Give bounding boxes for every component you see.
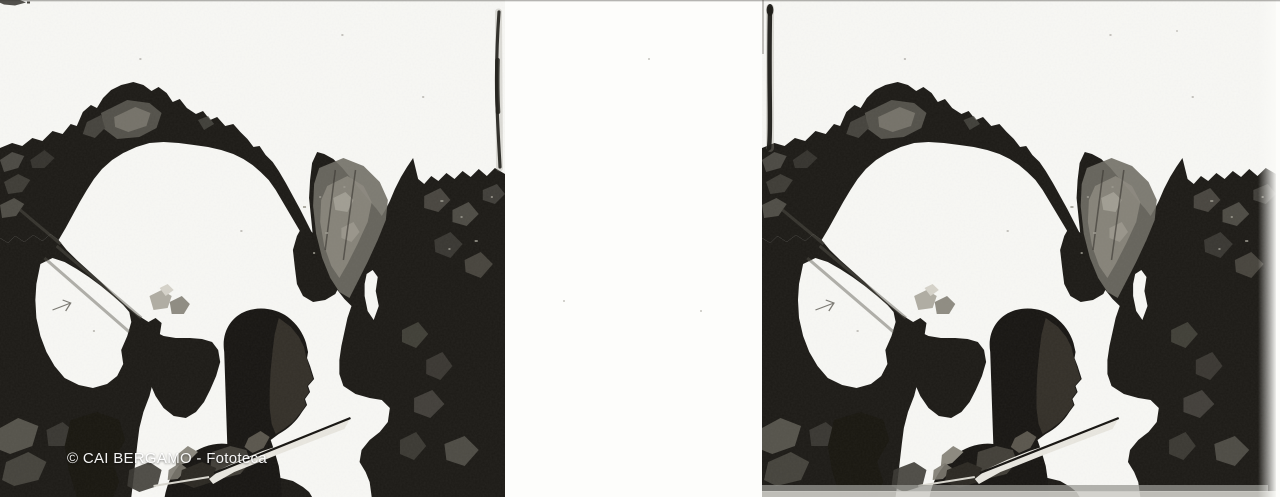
plate-left-edge-line (762, 0, 764, 54)
dust-speck (700, 310, 702, 312)
plate-crack-left (497, 12, 500, 168)
watermark-text: © CAI BERGAMO - Fototeca (67, 450, 267, 467)
dust-speck (648, 58, 650, 60)
right-plate-artifacts (762, 0, 1276, 497)
plate-bottom-edge-light (762, 491, 1276, 497)
stereo-photo-card: © CAI BERGAMO - Fototeca (0, 0, 1280, 497)
stereo-left-photo (0, 0, 505, 497)
plate-crack-right (765, 4, 774, 151)
stereo-right-photo (762, 0, 1276, 497)
left-plate-artifacts (0, 0, 505, 497)
dust-speck (563, 300, 565, 302)
dust-speck (1176, 30, 1178, 32)
plate-right-edge-fade (1258, 0, 1276, 497)
plate-top-edge (0, 0, 1280, 2)
